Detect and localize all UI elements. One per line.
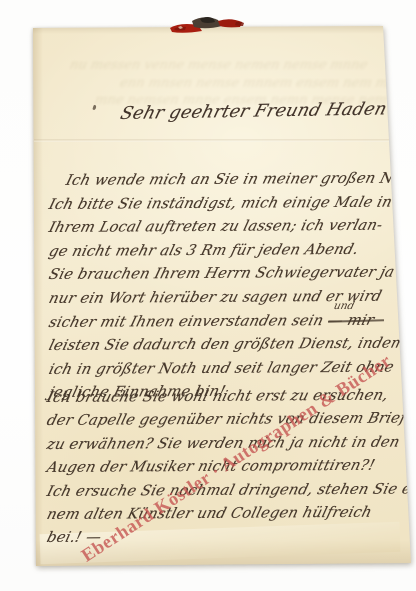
salutation-line: Sehr geehrter Freund Hadenwald!	[118, 99, 416, 124]
handwriting-line: Ich bitte Sie inständigst, mich einige M…	[47, 193, 394, 212]
handwriting-line: leisten Sie dadurch den größten Dienst, …	[47, 335, 407, 354]
handwriting-line: nem alten Künstler und Collegen hülfreic…	[45, 504, 374, 523]
inserted-word: und	[333, 300, 356, 312]
paper-edge-shading-left	[33, 28, 43, 566]
handwriting-line: nur ein Wort hierüber zu sagen und er wi…	[47, 288, 384, 307]
handwriting-line: sicher mit Ihnen einverstanden sein — mi…	[47, 311, 376, 330]
handwriting-line: ich in größter Noth und seit langer Zeit…	[47, 358, 396, 377]
handwriting-line: der Capelle gegenüber nichts von diesem …	[45, 410, 408, 429]
handwriting-line: Ich ersuche Sie nochmal dringend, stehen…	[45, 480, 416, 500]
fold-crease	[34, 139, 406, 142]
paper-surface: nu messen venne mense nemen nemse mnne e…	[0, 0, 416, 591]
letter-paper: nu messen venne mense nemen nemse mnne e…	[0, 0, 416, 591]
handwriting-line: ge nicht mehr als 3 Rm für jeden Abend.	[47, 241, 360, 260]
handwriting-line: Sie brauchen Ihrem Herrn Schwiegervater …	[47, 264, 396, 283]
handwriting-line: Ich wende mich an Sie in meiner großen N…	[47, 169, 416, 189]
bleedthrough-ghost-line: enn mnsen nemse mnnem ensem nem mnnse en	[118, 76, 416, 91]
scan-background: nu messen venne mense nemen nemse mnne e…	[0, 0, 416, 591]
wax-seal-remnant	[164, 12, 252, 38]
handwriting-line: zu erwähnen? Sie werden mich ja nicht in…	[45, 433, 402, 452]
handwriting-line: Ihrem Local auftreten zu lassen; ich ver…	[47, 217, 384, 236]
bleedthrough-ghost-line: nu messen venne mense nemen nemse mnne	[68, 58, 368, 73]
ink-speck	[92, 105, 96, 111]
